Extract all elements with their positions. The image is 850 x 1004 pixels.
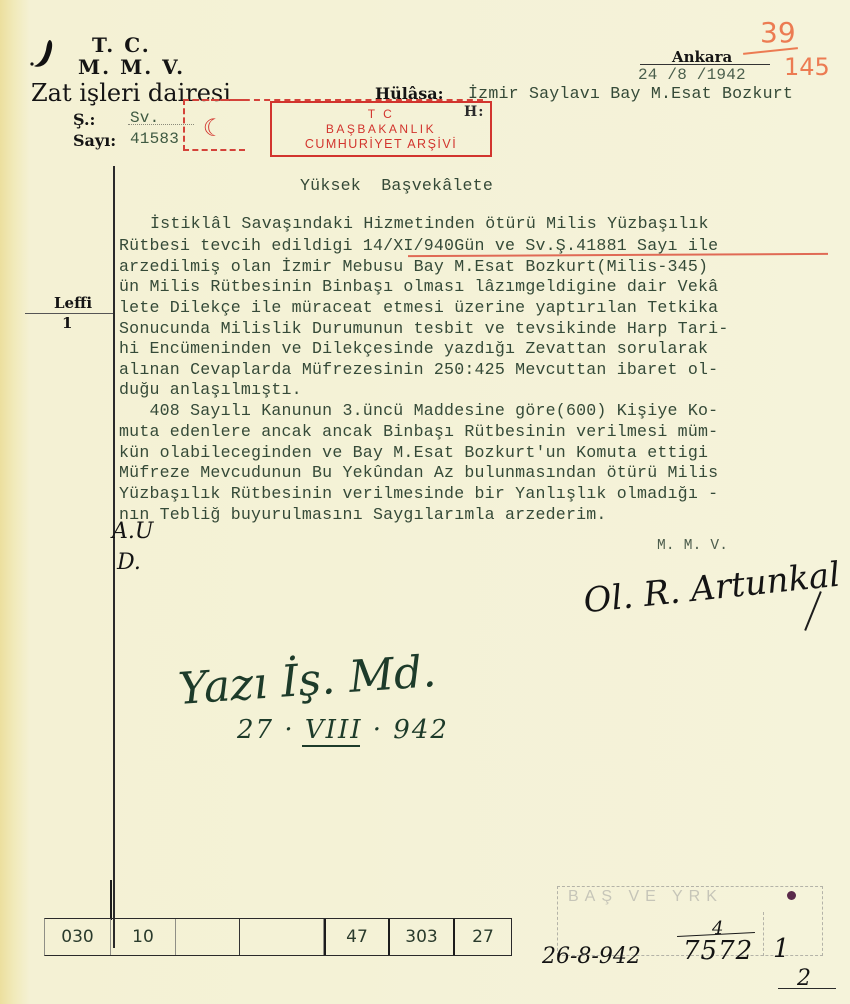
note-date-year: 942 (393, 715, 449, 745)
body-line: İstiklâl Savaşındaki Hizmetinden ötürü M… (150, 214, 709, 233)
receipt-page: 1 (773, 934, 790, 964)
number-label: Sayı: (73, 131, 116, 150)
note-date-day: 27 (237, 715, 274, 745)
letterhead-tc: T. C. (92, 33, 151, 57)
letter-addressee: Yüksek Başvekâlete (300, 176, 493, 195)
note-date-underline (302, 745, 360, 747)
receipt-date: 26-8-942 (542, 944, 641, 969)
table-connector-line (110, 880, 112, 920)
code-cell: 10 (111, 919, 176, 955)
margin-rule (113, 166, 115, 948)
body-line: arzedilmiş olan İzmir Mebusu Bay M.Esat … (119, 257, 708, 276)
body-line: Yüzbaşılık Rütbesinin verilmesinde bir Y… (119, 484, 718, 503)
note-date-month: VIII (305, 715, 363, 745)
body-line: lete Dilekçe ile müraceat etmesi üzerine… (119, 298, 718, 317)
folio-number-bottom: 145 (784, 53, 830, 81)
branch-label: Ş.: (73, 110, 95, 129)
body-line: kün olabileceginden ve Bay M.Esat Bozkur… (119, 443, 708, 462)
handwritten-initials: A.U (112, 519, 153, 544)
archive-stamp-line3: CUMHURİYET ARŞİVİ (272, 137, 490, 152)
body-line: Müfreze Mevcudunun Bu Yekûndan Az bulunm… (119, 463, 718, 482)
code-cell: 303 (390, 919, 455, 955)
body-line: nın Tebliğ buyurulmasını Saygılarımla ar… (119, 505, 607, 524)
attachment-label: Leffi (54, 294, 92, 312)
letterhead-ministry: M. M. V. (78, 55, 185, 79)
ink-dot (787, 891, 796, 900)
body-line: hi Encümeninden ve Dilekçesinde yazdığı … (119, 339, 708, 358)
archive-stamp-line2: BAŞBAKANLIK (272, 122, 490, 137)
signer-title: M. M. V. (657, 538, 728, 554)
code-cell (240, 919, 324, 955)
body-line: ün Milis Rütbesinin Binbaşı olması lâzım… (119, 277, 718, 296)
handwritten-initials: D. (117, 550, 141, 575)
page-number-underline (778, 988, 836, 989)
body-line: alınan Cevaplarda Müfrezesinin 250:425 M… (119, 360, 718, 379)
ink-blot-mark (30, 38, 58, 70)
handwritten-note: Yazı İş. Md. (177, 646, 438, 715)
code-cell: 030 (45, 919, 111, 955)
attachment-count: 1 (62, 314, 72, 332)
body-line: duğu anlaşılmıştı. (119, 380, 302, 399)
body-line: 408 Sayılı Kanunun 3.üncü Maddesine göre… (119, 401, 718, 420)
handwritten-note-date: 27 · VIII · 942 (237, 715, 449, 745)
body-line: Sonucunda Milislik Durumunun tesbit ve t… (119, 319, 728, 338)
archive-code-table: 030 10 47 303 27 (44, 918, 512, 956)
code-cell: 47 (324, 919, 390, 955)
signature: Ol. R. Artunkal (582, 555, 842, 622)
archive-stamp-line1: T C (272, 107, 490, 122)
number-value: 41583 (130, 130, 179, 148)
code-cell (176, 919, 240, 955)
dateline-date: 24 /8 /1942 (638, 66, 746, 84)
body-line: Rütbesi tevcih edildigi 14/XI/940Gün ve … (119, 236, 718, 255)
code-cell: 27 (455, 919, 511, 955)
dateline-rule (640, 64, 770, 65)
folio-number-top: 39 (760, 16, 796, 49)
body-line: muta edenlere ancak ancak Binbaşı Rütbes… (119, 422, 718, 441)
summary-label: Hülâsa: (375, 84, 443, 103)
receipt-number: 7572 (683, 936, 753, 966)
summary-value: İzmir Saylavı Bay M.Esat Bozkurt (468, 84, 793, 103)
crescent-icon: ☾ (203, 114, 217, 144)
archive-stamp: T C BAŞBAKANLIK CUMHURİYET ARŞİVİ (270, 101, 492, 157)
faded-stamp-divider (763, 912, 821, 956)
summary-h-label: H: (464, 104, 484, 120)
faded-stamp-text: BAŞ VE YRK (568, 888, 723, 906)
